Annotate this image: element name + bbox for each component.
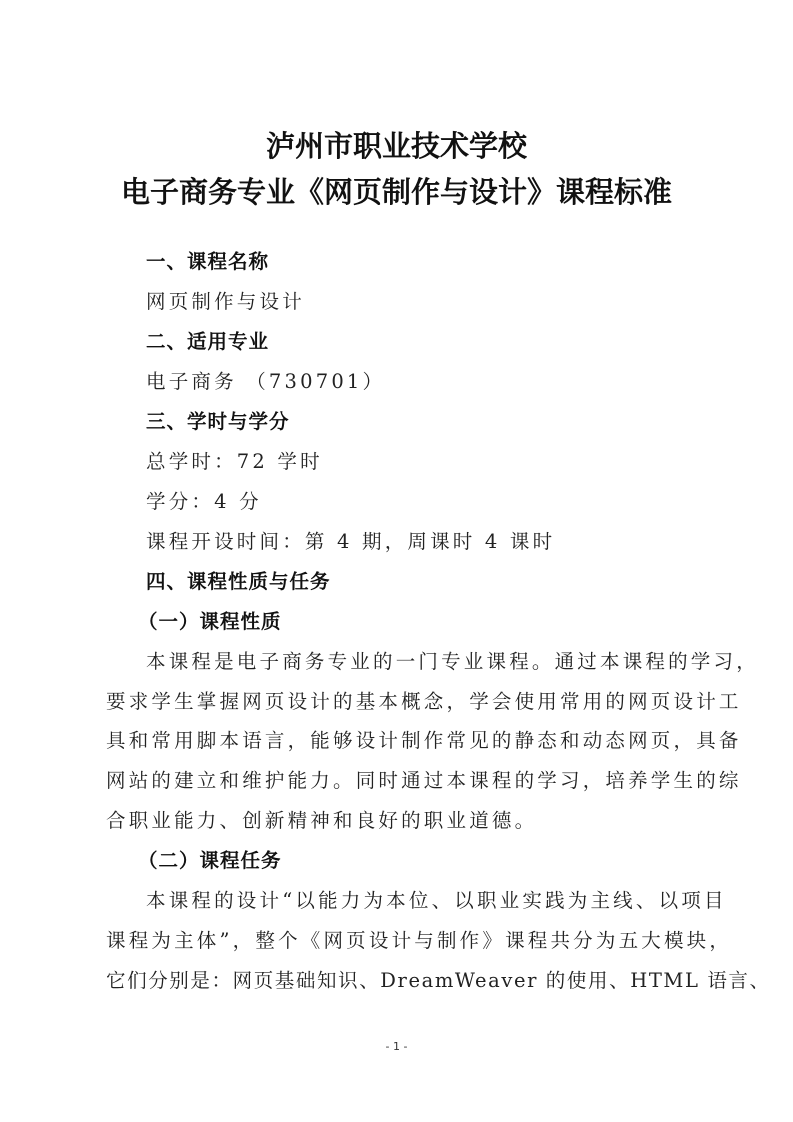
task-paragraph-line: 它们分别是：网页基础知识、DreamWeaver 的使用、HTML 语言、 — [106, 969, 706, 993]
task-paragraph-line: 课程为主体”，整个《网页设计与制作》课程共分为五大模块， — [106, 929, 706, 953]
nature-paragraph-line: 本课程是电子商务专业的一门专业课程。通过本课程的学习， — [146, 650, 746, 674]
section-heading-nature-tasks: 四、课程性质与任务 — [146, 570, 331, 594]
document-page: 泸州市职业技术学校 电子商务专业《网页制作与设计》课程标准 一、课程名称 网页制… — [0, 0, 793, 1122]
document-title-course: 电子商务专业《网页制作与设计》课程标准 — [0, 170, 793, 211]
nature-paragraph-line: 具和常用脚本语言，能够设计制作常见的静态和动态网页，具备 — [106, 729, 706, 753]
page-number: - 1 - — [0, 1040, 793, 1053]
subsection-heading-nature: （一）课程性质 — [138, 610, 282, 634]
nature-paragraph-line: 要求学生掌握网页设计的基本概念，学会使用常用的网页设计工 — [106, 690, 706, 714]
section-heading-course-name: 一、课程名称 — [146, 250, 269, 274]
total-hours-value: 总学时：72 学时 — [146, 450, 323, 474]
applicable-major-value: 电子商务 （730701） — [146, 370, 385, 394]
subsection-heading-tasks: （二）课程任务 — [138, 849, 282, 873]
schedule-value: 课程开设时间：第 4 期，周课时 4 课时 — [146, 530, 555, 554]
course-name-value: 网页制作与设计 — [146, 290, 305, 314]
nature-paragraph-line: 合职业能力、创新精神和良好的职业道德。 — [106, 809, 706, 833]
credits-value: 学分：4 分 — [146, 490, 262, 514]
section-heading-applicable-major: 二、适用专业 — [146, 330, 269, 354]
nature-paragraph-line: 网站的建立和维护能力。同时通过本课程的学习，培养学生的综 — [106, 769, 706, 793]
task-paragraph-line: 本课程的设计“以能力为本位、以职业实践为主线、以项目 — [146, 889, 746, 913]
section-heading-hours-credits: 三、学时与学分 — [146, 410, 290, 434]
document-title-school: 泸州市职业技术学校 — [0, 124, 793, 165]
